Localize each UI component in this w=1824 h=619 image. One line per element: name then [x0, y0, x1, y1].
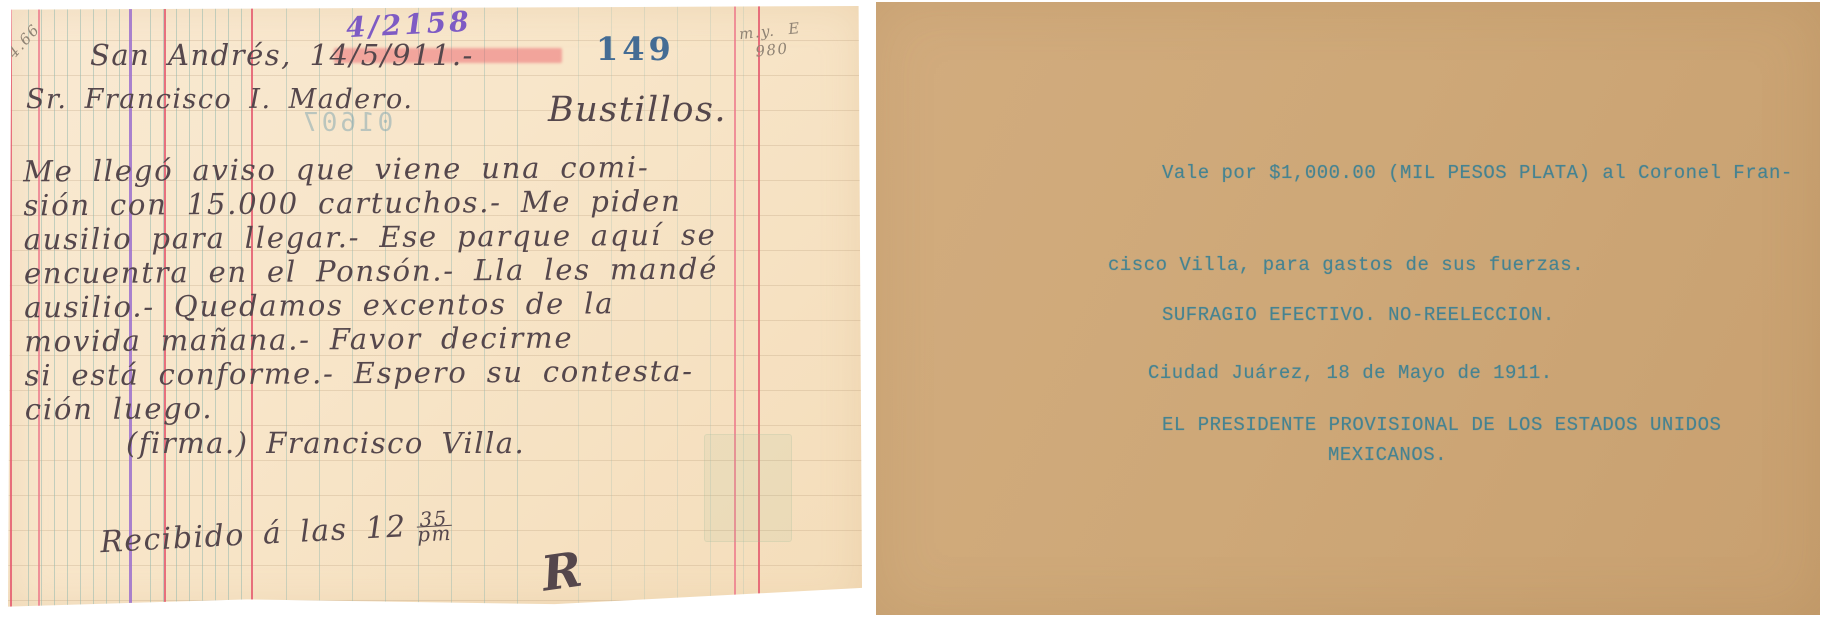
letter-recipient: Sr. Francisco I. Madero.	[26, 84, 413, 115]
received-initial-flourish: R	[538, 541, 587, 602]
pencil-note-line2: 980	[755, 39, 790, 60]
body-line: movida mañana.- Favor decirme	[24, 320, 718, 359]
bleedthrough-stamp-block	[704, 434, 792, 542]
received-meridiem: pm	[417, 525, 453, 542]
document-scan: 4.66 4/2158 149 m.y. E 980 01607 San And…	[0, 0, 1824, 619]
voucher-signature-title-2: MEXICANOS.	[1328, 444, 1447, 466]
body-line: ausilio para llegar.- Ese parque aquí se	[24, 218, 718, 257]
voucher-signature-title-1: EL PRESIDENTE PROVISIONAL DE LOS ESTADOS…	[1162, 414, 1721, 436]
received-time-fraction: 35pm	[416, 511, 452, 542]
voucher-line-1: Vale por $1,000.00 (MIL PESOS PLATA) al …	[1162, 162, 1793, 184]
voucher-line-2: cisco Villa, para gastos de sus fuerzas.	[1108, 254, 1584, 276]
rule-line-red	[10, 6, 12, 609]
body-line: ausilio.- Quedamos excentos de la	[24, 286, 718, 325]
letter-location-heading: Bustillos.	[548, 90, 727, 130]
letter-body: Me llegó aviso que viene una comi- sión …	[23, 150, 719, 427]
body-line: encuentra en el Ponsón.- Lla les mandé	[24, 252, 718, 291]
letter-dateline: San Andrés, 14/5/911.-	[90, 38, 474, 72]
letter-signature: (firma.) Francisco Villa.	[126, 426, 525, 460]
body-line: ción luego.	[25, 388, 719, 427]
body-line: Me llegó aviso que viene una comi-	[23, 150, 717, 189]
body-line: sión con 15.000 cartuchos.- Me piden	[23, 184, 717, 223]
handwritten-letter-page: 4.66 4/2158 149 m.y. E 980 01607 San And…	[8, 6, 862, 609]
typewritten-voucher-page: Vale por $1,000.00 (MIL PESOS PLATA) al …	[876, 2, 1820, 615]
body-line: si está conforme.- Espero su contesta-	[24, 354, 718, 393]
voucher-motto: SUFRAGIO EFECTIVO. NO-REELECCION.	[1162, 304, 1555, 326]
page-number-stamp: 149	[596, 30, 675, 68]
voucher-dateline: Ciudad Juárez, 18 de Mayo de 1911.	[1148, 362, 1553, 384]
